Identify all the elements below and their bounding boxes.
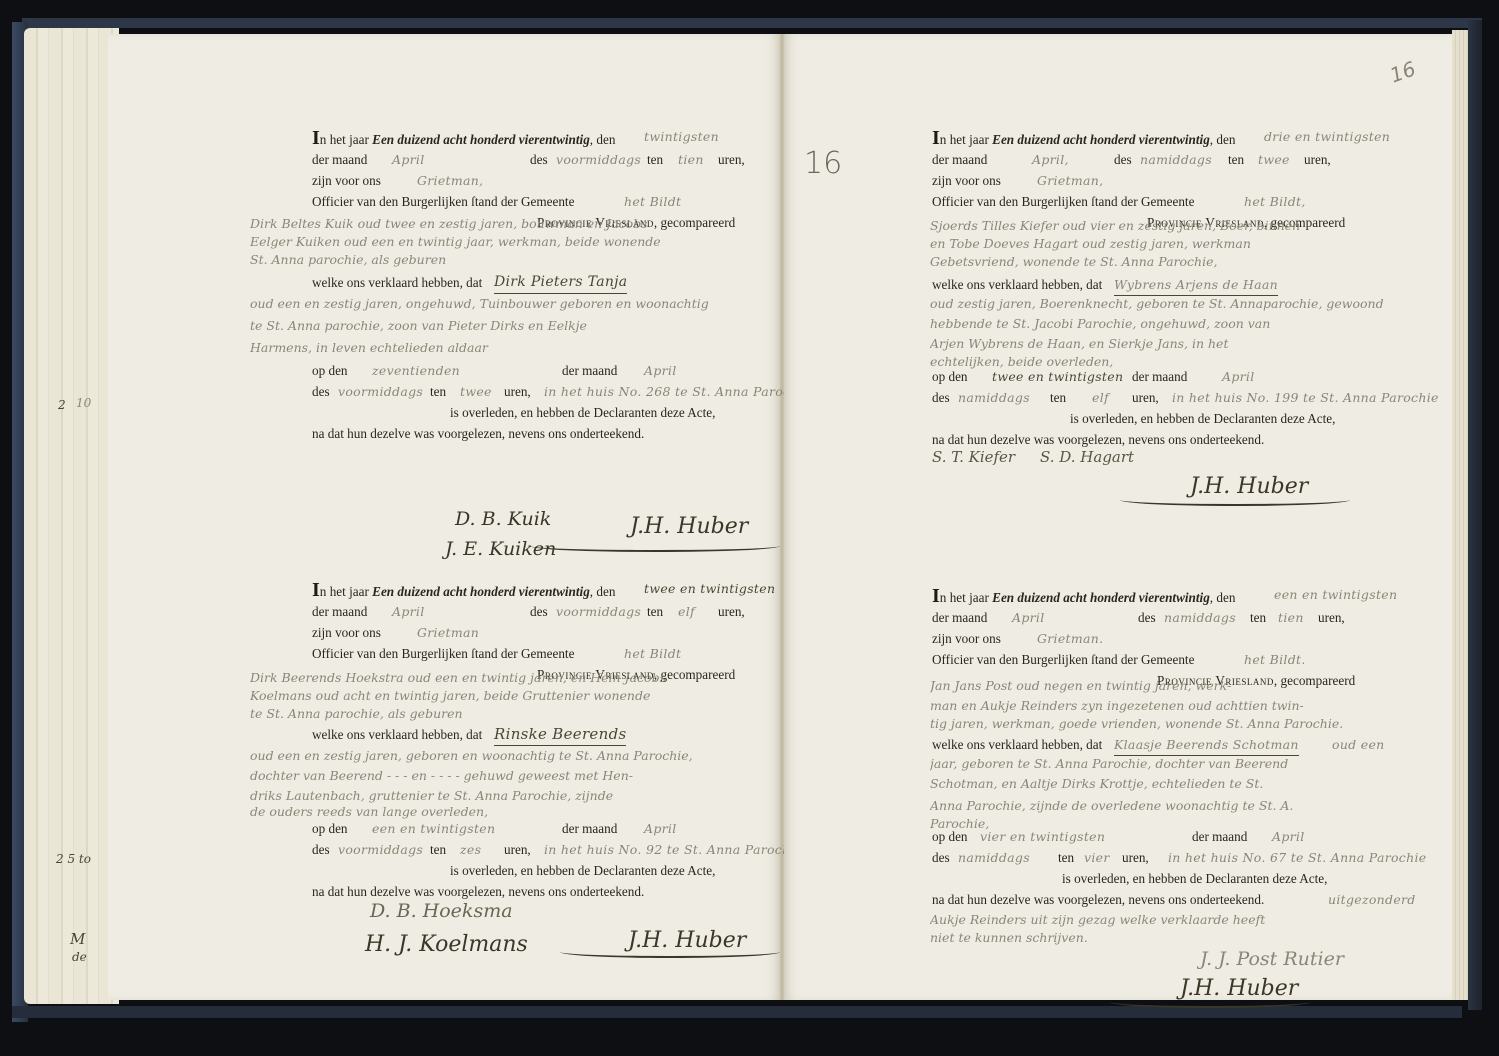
record-daypart: namiddags <box>1140 149 1212 170</box>
addendum: uitgezonderd <box>1328 889 1416 910</box>
record-officer: Grietman <box>417 622 479 643</box>
death-hour: zes <box>460 839 481 860</box>
declarant-line: Jan Jans Post oud negen en twintig jaren… <box>930 678 1445 693</box>
death-month: April <box>1272 826 1305 847</box>
declarant-signature: D. B. Kuik <box>455 508 551 530</box>
death-record-entry-4: In het jaar Een duizend acht honderd vie… <box>932 586 1432 691</box>
record-day: drie en twintigsten <box>1264 126 1390 147</box>
death-day: zeventienden <box>372 360 460 381</box>
declarant-line: tig jaren, werkman, goede vrienden, wone… <box>930 716 1445 731</box>
book-cover-top-edge <box>22 18 1482 28</box>
record-daypart: namiddags <box>1164 607 1236 628</box>
record-hour: elf <box>678 601 695 622</box>
addendum-line: Aukje Reinders uit zijn gezag welke verk… <box>930 912 1445 927</box>
deceased-name: Rinske Beerends <box>494 724 626 746</box>
deceased-name: Dirk Pieters Tanja <box>494 272 627 294</box>
deceased-detail-line: oud zestig jaren, Boerenknecht, geboren … <box>930 296 1445 311</box>
declarant-signature: H. J. Koelmans <box>365 932 528 957</box>
page-stack-right <box>1452 30 1468 1000</box>
deceased-detail-line: Schotman, en Aaltje Dirks Krottje, echte… <box>930 776 1445 791</box>
margin-note: 2 5 to <box>56 852 91 866</box>
death-location: in het huis No. 268 te St. Anna Parochie <box>544 381 784 402</box>
deceased-detail-line: oud een en zestig jaren, ongehuwd, Tuinb… <box>250 296 780 311</box>
record-hour: twee <box>1258 149 1290 170</box>
deceased-name: Klaasje Beerends Schotman <box>1114 734 1299 756</box>
declarant-line: te St. Anna parochie, als geburen <box>250 706 780 721</box>
record-month: April <box>392 149 425 170</box>
death-daypart: voormiddags <box>338 381 423 402</box>
margin-note: M <box>70 930 85 948</box>
deceased-detail-line: hebbende te St. Jacobi Parochie, ongehuw… <box>930 316 1445 331</box>
record-gemeente: het Bildt. <box>1244 649 1306 670</box>
declarant-line: Eelger Kuiken oud een en twintig jaar, w… <box>250 234 780 249</box>
death-location: in het huis No. 92 te St. Anna Parochie <box>544 839 784 860</box>
record-daypart: voormiddags <box>556 149 641 170</box>
signature-flourish <box>1110 996 1310 1008</box>
record-gemeente: het Bildt <box>624 191 681 212</box>
deceased-detail-line: jaar, geboren te St. Anna Parochie, doch… <box>930 756 1445 771</box>
drop-cap: I <box>312 127 320 149</box>
death-location: in het huis No. 67 te St. Anna Parochie <box>1168 847 1448 868</box>
deceased-detail-line: de ouders reeds van lange overleden, <box>250 804 780 819</box>
record-officer: Grietman. <box>1037 628 1103 649</box>
record-day: een en twintigsten <box>1274 584 1397 605</box>
signature-flourish <box>530 540 780 552</box>
death-hour: twee <box>460 381 492 402</box>
deceased-detail-line: dochter van Beerend - - - en - - - - geh… <box>250 768 780 783</box>
record-hour: tien <box>678 149 704 170</box>
record-month: April <box>392 601 425 622</box>
death-hour: elf <box>1092 387 1109 408</box>
signature-flourish <box>560 946 780 958</box>
record-officer: Grietman, <box>1037 170 1103 191</box>
year-text: Een duizend acht honderd vierentwintig <box>372 132 590 147</box>
declarant-signature: D. B. Hoeksma <box>370 900 513 922</box>
declarant-signature: J. J. Post Rutier <box>1200 948 1344 970</box>
death-hour: vier <box>1084 847 1110 868</box>
officer-signature: J.H. Huber <box>630 514 748 539</box>
deceased-detail-line: Arjen Wybrens de Haan, en Sierkje Jans, … <box>930 336 1445 351</box>
declarant-signature: J. E. Kuiken <box>445 538 556 560</box>
margin-note: 10 <box>76 396 91 410</box>
declarant-line: Sjoerds Tilles Kiefer oud vier en zestig… <box>930 218 1445 233</box>
death-daypart: namiddags <box>958 387 1030 408</box>
record-month: April, <box>1032 149 1069 170</box>
death-day: twee en twintigsten <box>992 366 1123 387</box>
death-month: April <box>644 818 677 839</box>
death-location: in het huis No. 199 te St. Anna Parochie <box>1172 387 1442 408</box>
deceased-detail-line: te St. Anna parochie, zoon van Pieter Di… <box>250 318 780 333</box>
death-day: een en twintigsten <box>372 818 495 839</box>
declarant-line: Dirk Beerends Hoekstra oud een en twinti… <box>250 670 780 685</box>
declarant-line: Gebetsvriend, wonende te St. Anna Paroch… <box>930 254 1445 269</box>
record-day: twintigsten <box>644 126 719 147</box>
declarant-line: Dirk Beltes Kuik oud twee en zestig jare… <box>250 216 780 231</box>
declarant-line: St. Anna parochie, als geburen <box>250 252 780 267</box>
signature-flourish <box>1120 494 1350 506</box>
deceased-detail-line: oud een en zestig jaren, geboren en woon… <box>250 748 780 763</box>
deceased-detail-line: Anna Parochie, zijnde de overledene woon… <box>930 798 1445 813</box>
deceased-detail-line: Harmens, in leven echtelieden aldaar <box>250 340 780 355</box>
addendum-line: niet te kunnen schrijven. <box>930 930 1445 945</box>
declarant-signature: S. D. Hagart <box>1040 448 1134 466</box>
record-gemeente: het Bildt <box>624 643 681 664</box>
deceased-name: Wybrens Arjens de Haan <box>1114 274 1278 296</box>
record-gemeente: het Bildt, <box>1244 191 1306 212</box>
declarant-line: Koelmans oud acht en twintig jaren, beid… <box>250 688 780 703</box>
declarant-line: man en Aukje Reinders zyn ingezetenen ou… <box>930 698 1445 713</box>
margin-note: 2 <box>58 398 66 412</box>
margin-note: de <box>72 950 87 964</box>
record-daypart: voormiddags <box>556 601 641 622</box>
declarant-line: en Tobe Doeves Hagart oud zestig jaren, … <box>930 236 1445 251</box>
book-cover-bottom-edge <box>12 1006 1462 1018</box>
death-daypart: voormiddags <box>338 839 423 860</box>
death-daypart: namiddags <box>958 847 1030 868</box>
declarant-signature: S. T. Kiefer <box>932 448 1015 466</box>
record-month: April <box>1012 607 1045 628</box>
folio-number-center: 16 <box>804 146 842 181</box>
book-cover-right-edge <box>1468 20 1482 1010</box>
record-hour: tien <box>1278 607 1304 628</box>
record-officer: Grietman, <box>417 170 483 191</box>
death-month: April <box>1222 366 1255 387</box>
drop-cap: I <box>312 579 320 601</box>
record-day: twee en twintigsten <box>644 578 775 599</box>
death-month: April <box>644 360 677 381</box>
deceased-detail-line: driks Lautenbach, gruttenier te St. Anna… <box>250 788 780 803</box>
death-day: vier en twintigsten <box>980 826 1105 847</box>
